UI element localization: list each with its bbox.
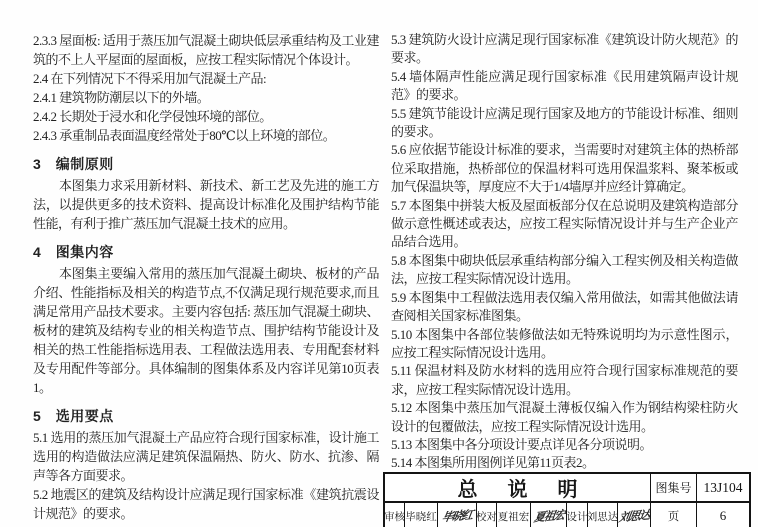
paragraph: 本图集力求采用新材料、新技术、新工艺及先进的施工方法，以提供更多的技术资料、提高…	[33, 176, 379, 233]
paragraph: 5.11 保温材料及防水材料的选用应符合现行国家标准规范的要求，应按工程实际情况…	[391, 362, 738, 399]
paragraph: 2.4.3 承重制品表面温度经常处于80℃以上环境的部位。	[33, 126, 379, 145]
reviewer-name: 毕晓红	[405, 503, 438, 527]
paragraph: 本图集主要编入常用的蒸压加气混凝土砌块、板材的产品介绍、性能指标及相关的构造节点…	[33, 264, 379, 397]
page-number: 6	[697, 503, 749, 527]
sheet-title: 总说明	[385, 474, 651, 501]
section-heading: 3 编制原则	[33, 154, 379, 174]
paragraph: 5.1 选用的蒸压加气混凝土产品应符合现行国家标准，设计施工选用的构造做法应满足…	[33, 428, 379, 485]
left-column: 2.3.3 屋面板: 适用于蒸压加气混凝土砌块低层承重结构及工业建筑的不上人平屋…	[33, 31, 379, 523]
designer-name: 刘思达	[588, 503, 618, 527]
proofreader-signature: 夏祖宏	[531, 503, 567, 527]
paragraph: 5.7 本图集中拼装大板及屋面板部分仅在总说明及建筑构造部分做示意性概述或表达，…	[391, 197, 738, 252]
reviewer-role-label: 审核	[385, 503, 405, 527]
paragraph: 5.10 本图集中各部位装修做法如无特殊说明均为示意性图示，应按工程实际情况设计…	[391, 326, 738, 363]
signature-scribble: 刘思达	[618, 507, 650, 526]
paragraph: 5.2 地震区的建筑及结构设计应满足现行国家标准《建筑抗震设计规范》的要求。	[33, 485, 379, 523]
paragraph: 5.8 本图集中砌块低层承重结构部分编入工程实例及相关构造做法，应按工程实际情况…	[391, 252, 738, 289]
signature-scribble: 夏祖宏	[532, 507, 564, 526]
paragraph: 5.9 本图集中工程做法选用表仅编入常用做法，如需其他做法请查阅相关国家标准图集…	[391, 289, 738, 326]
designer-signature: 刘思达	[618, 503, 651, 527]
proofreader-role-label: 校对	[477, 503, 497, 527]
title-block-row-approvals: 审核 毕晓红 毕晓红 校对 夏祖宏 夏祖宏 设计 刘思达 刘思达 页 6	[385, 503, 749, 527]
paragraph: 5.5 建筑节能设计应满足现行国家及地方的节能设计标准、细则的要求。	[391, 105, 738, 142]
title-block-row-top: 总说明 图集号 13J104	[385, 474, 749, 503]
atlas-number-value: 13J104	[697, 474, 749, 501]
paragraph: 5.3 建筑防火设计应满足现行国家标准《建筑设计防火规范》的要求。	[391, 31, 738, 68]
proofreader-name: 夏祖宏	[497, 503, 531, 527]
paragraph: 5.13 本图集中各分项设计要点详见各分项说明。	[391, 436, 738, 454]
paragraph: 2.3.3 屋面板: 适用于蒸压加气混凝土砌块低层承重结构及工业建筑的不上人平屋…	[33, 31, 379, 69]
paragraph: 2.4.2 长期处于浸水和化学侵蚀环境的部位。	[33, 107, 379, 126]
paragraph: 5.14 本图集所用图例详见第11页表2。	[391, 454, 738, 472]
atlas-number-label: 图集号	[651, 474, 697, 501]
section-heading: 4 图集内容	[33, 242, 379, 262]
designer-role-label: 设计	[567, 503, 588, 527]
document-page: 2.3.3 屋面板: 适用于蒸压加气混凝土砌块低层承重结构及工业建筑的不上人平屋…	[0, 0, 758, 527]
section-heading: 5 选用要点	[33, 406, 379, 426]
paragraph: 2.4.1 建筑物防潮层以下的外墙。	[33, 88, 379, 107]
paragraph: 5.4 墙体隔声性能应满足现行国家标准《民用建筑隔声设计规范》的要求。	[391, 68, 738, 105]
reviewer-signature: 毕晓红	[438, 503, 477, 527]
paragraph: 5.12 本图集中蒸压加气混凝土薄板仅编入作为钢结构梁柱防火设计的包覆做法，应按…	[391, 399, 738, 436]
paragraph: 2.4 在下列情况下不得采用加气混凝土产品:	[33, 69, 379, 88]
signature-scribble: 毕晓红	[441, 507, 473, 526]
title-block: 总说明 图集号 13J104 审核 毕晓红 毕晓红 校对 夏祖宏 夏祖宏 设计 …	[383, 472, 751, 527]
page-label: 页	[651, 503, 697, 527]
right-column: 5.3 建筑防火设计应满足现行国家标准《建筑设计防火规范》的要求。 5.4 墙体…	[391, 31, 738, 473]
paragraph: 5.6 应依据节能设计标准的要求，当需要时对建筑主体的热桥部位采取措施，热桥部位…	[391, 141, 738, 196]
